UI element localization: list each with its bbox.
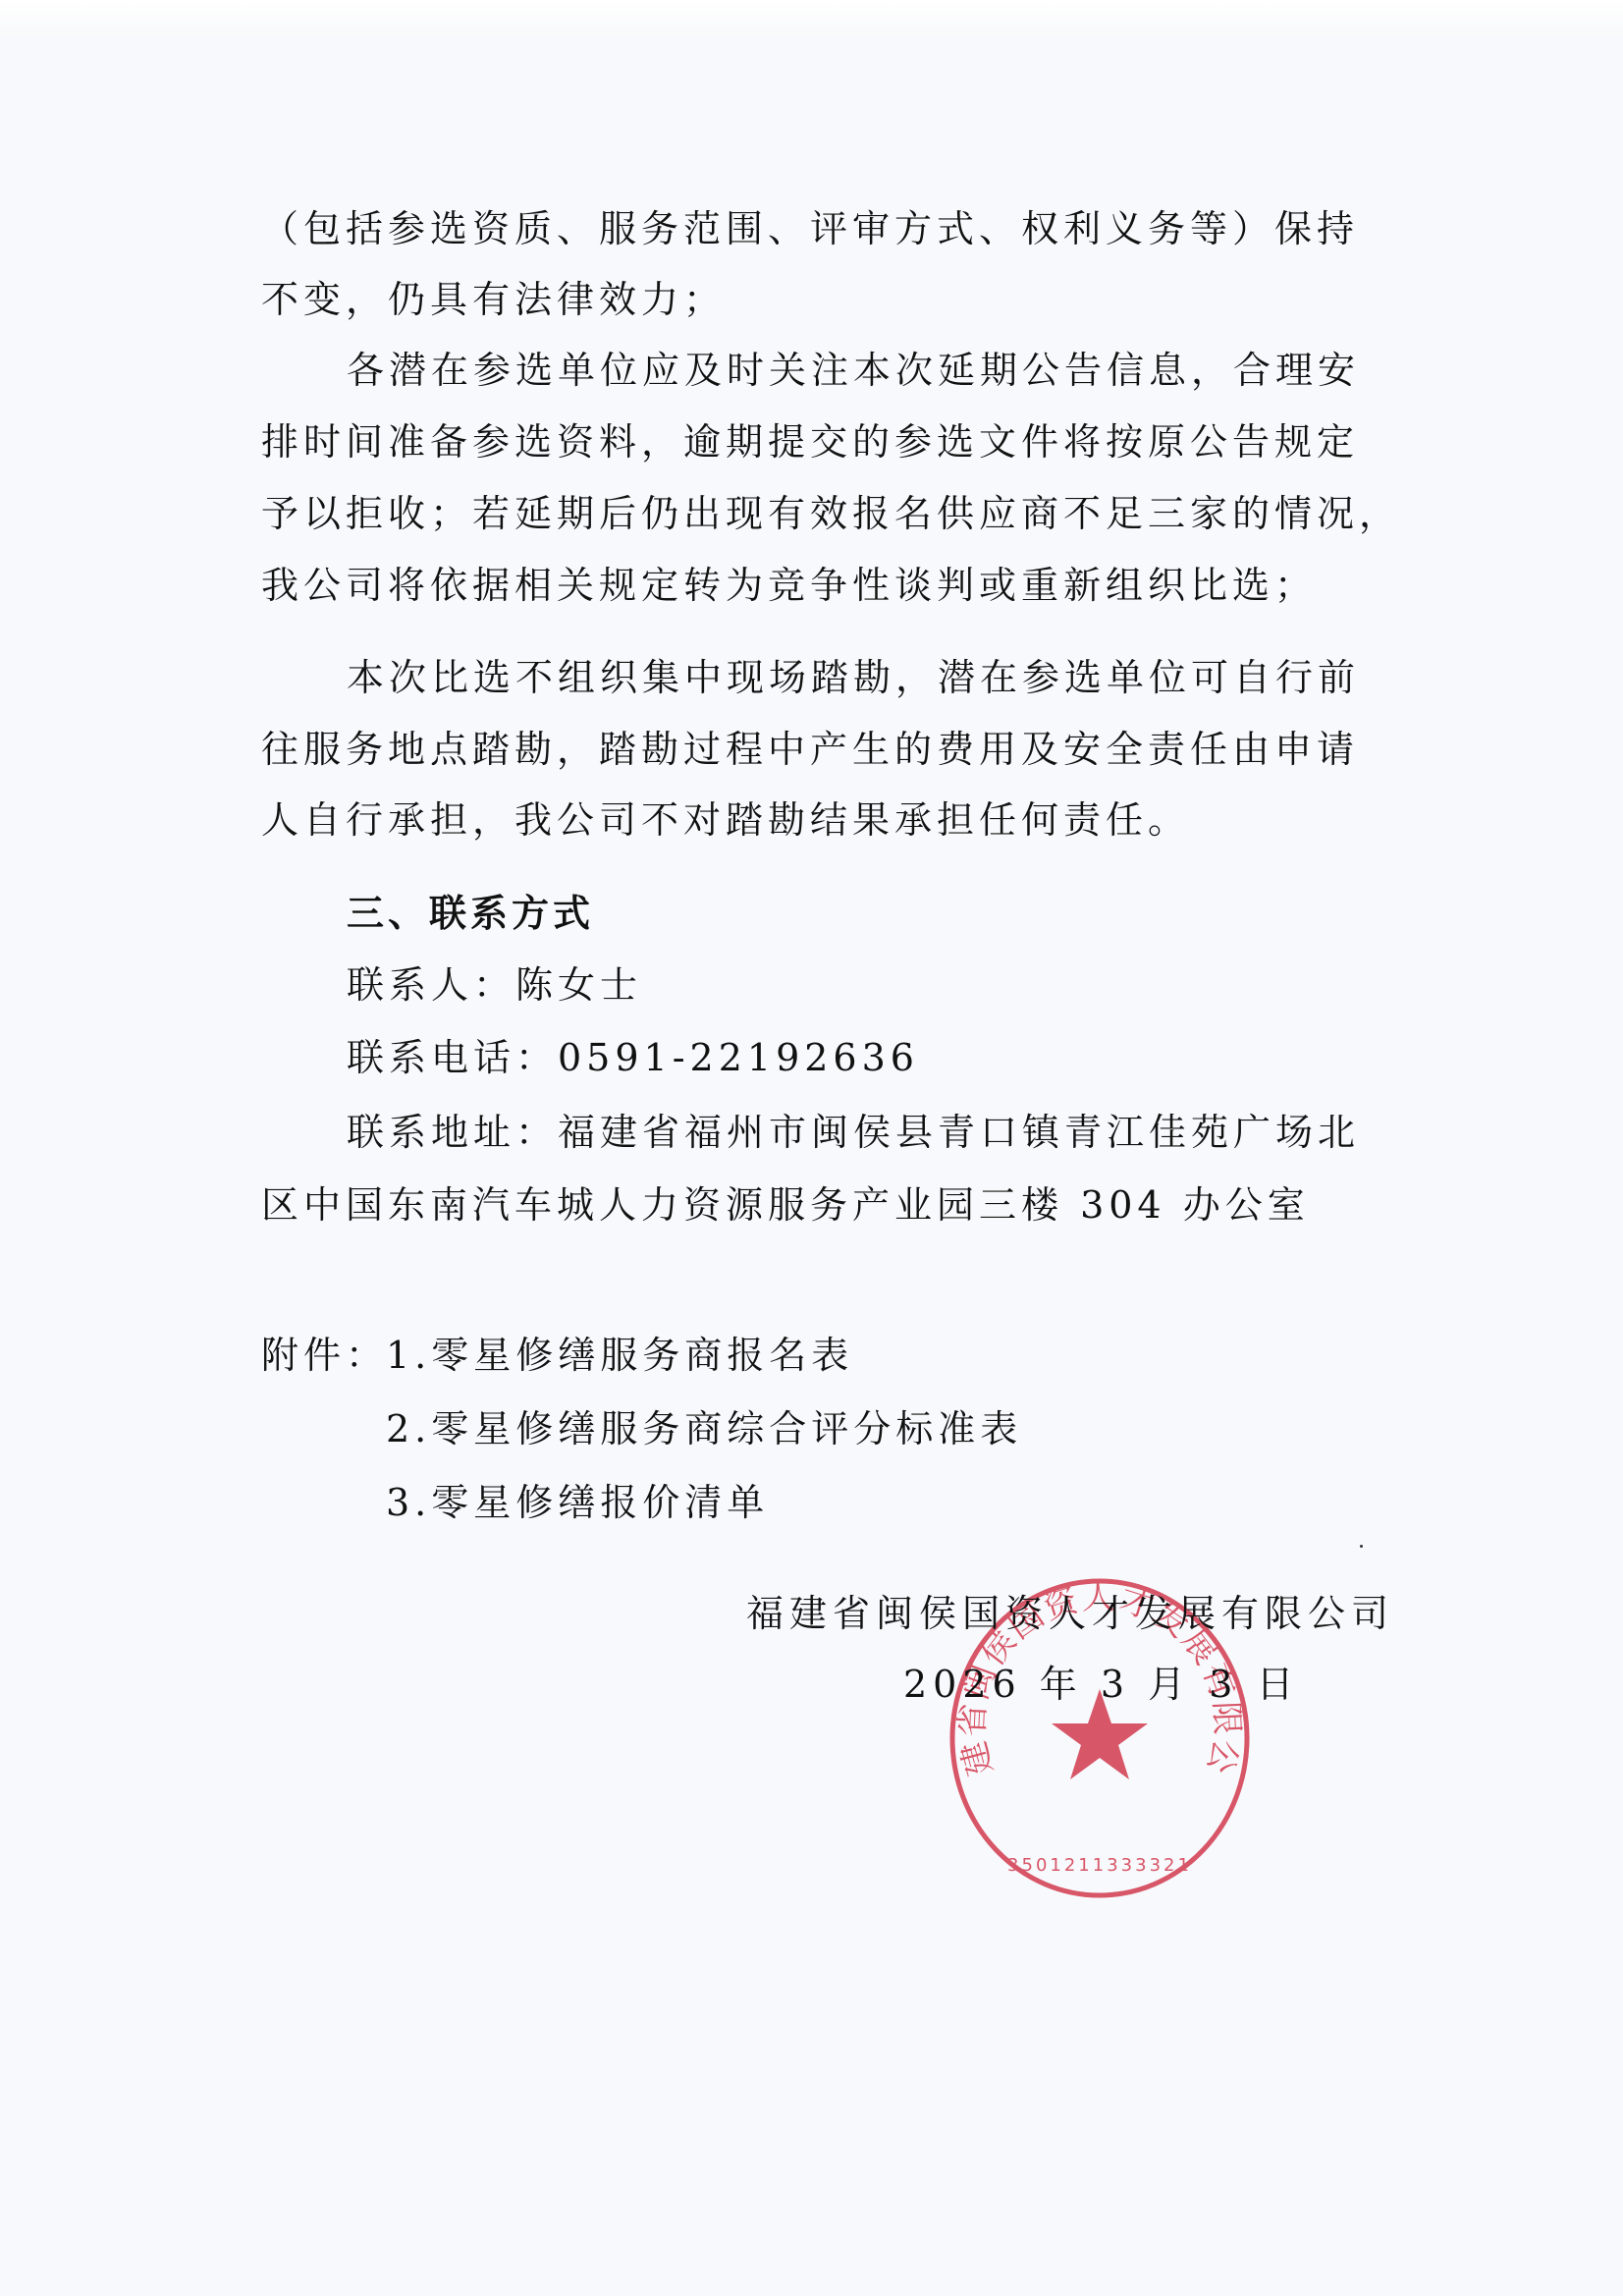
svg-text:3501211333321: 3501211333321	[1007, 1855, 1192, 1876]
signature-organization: 福建省闽侯国资人才发展有限公司	[736, 1589, 1394, 1638]
notice-paragraph-line-2: 排时间准备参选资料，逾期提交的参选文件将按原公告规定	[261, 417, 1390, 466]
attachment-item-1: 1.零星修缮服务商报名表	[386, 1331, 1515, 1380]
site-visit-paragraph-line-3: 人自行承担，我公司不对踏勘结果承担任何责任。	[261, 795, 1390, 845]
continuation-line-2: 不变，仍具有法律效力；	[261, 275, 1390, 324]
document-page: （包括参选资质、服务范围、评审方式、权利义务等）保持 不变，仍具有法律效力； 各…	[0, 0, 1623, 2296]
attachment-item-3: 3.零星修缮报价清单	[386, 1478, 1515, 1527]
scan-speck	[1360, 1545, 1363, 1548]
site-visit-paragraph-line-1: 本次比选不组织集中现场踏勘，潜在参选单位可自行前	[347, 653, 1476, 702]
contact-heading: 三、联系方式	[347, 889, 1476, 938]
contact-address-line-2: 区中国东南汽车城人力资源服务产业园三楼 304 办公室	[261, 1180, 1390, 1230]
attachment-item-2: 2.零星修缮服务商综合评分标准表	[386, 1404, 1515, 1453]
notice-paragraph-line-3: 予以拒收；若延期后仍出现有效报名供应商不足三家的情况，	[261, 489, 1390, 538]
contact-address-line-1: 联系地址：福建省福州市闽侯县青口镇青江佳苑广场北	[347, 1108, 1476, 1157]
signature-date: 2026 年 3 月 3 日	[903, 1660, 1316, 1709]
notice-paragraph-line-4: 我公司将依据相关规定转为竞争性谈判或重新组织比选；	[261, 561, 1390, 610]
site-visit-paragraph-line-2: 往服务地点踏勘，踏勘过程中产生的费用及安全责任由申请	[261, 725, 1390, 774]
contact-phone: 联系电话：0591-22192636	[347, 1033, 1476, 1082]
contact-person: 联系人：陈女士	[347, 960, 1476, 1010]
continuation-line-1: （包括参选资质、服务范围、评审方式、权利义务等）保持	[261, 204, 1390, 253]
notice-paragraph-line-1: 各潜在参选单位应及时关注本次延期公告信息，合理安	[347, 346, 1476, 395]
